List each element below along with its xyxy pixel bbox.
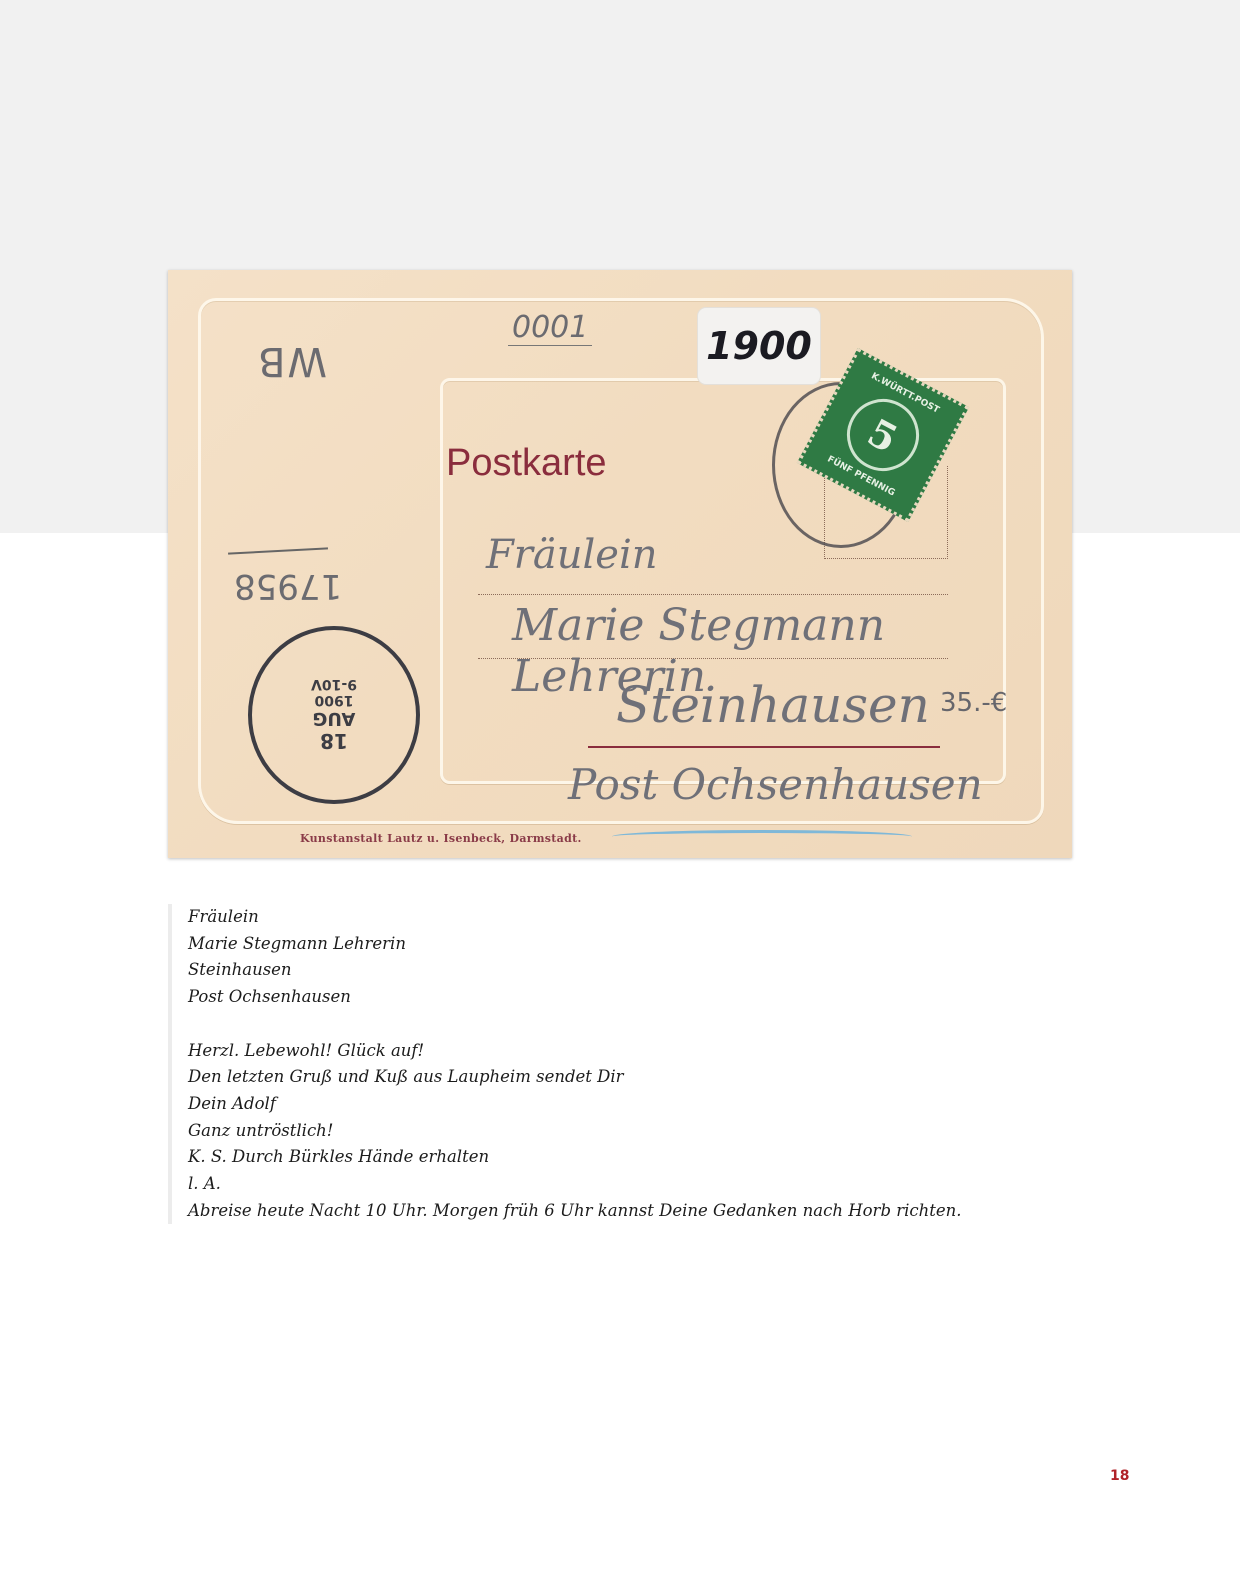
pencil-note-initials: WB xyxy=(256,338,327,384)
handwritten-town: Steinhausen xyxy=(616,676,930,734)
page-number: 18 xyxy=(1110,1468,1129,1484)
publisher-imprint: Kunstanstalt Lautz u. Isenbeck, Darmstad… xyxy=(300,832,582,845)
arrival-postmark-text: 18 AUG 1900 9-10V xyxy=(252,630,416,800)
stamp-value-numeral: 5 xyxy=(861,409,905,461)
pencil-inventory-number: 0001 xyxy=(508,310,592,346)
postmark-year: 1900 xyxy=(315,693,354,709)
transcript-message-line: l. A. xyxy=(188,1171,962,1198)
transcript-address-line: Fräulein xyxy=(188,904,962,931)
transcript-message-line: Ganz untröstlich! xyxy=(188,1118,962,1145)
transcript-address-line: Marie Stegmann Lehrerin xyxy=(188,931,962,958)
transcript-message-line: Den letzten Gruß und Kuß aus Laupheim se… xyxy=(188,1064,962,1091)
postcard-printed-title: Postkarte xyxy=(446,442,607,485)
blue-crayon-mark xyxy=(612,830,912,843)
transcript-message-line: Herzl. Lebewohl! Glück auf! xyxy=(188,1038,962,1065)
postcard-image: WB 0001 1900 Postkarte K.WÜRTT.POST 5 FÜ… xyxy=(168,270,1072,858)
address-red-underline xyxy=(588,746,940,748)
year-label-sticker: 1900 xyxy=(698,308,820,384)
postmark-month: AUG xyxy=(313,709,356,730)
transcript-address-line: Post Ochsenhausen xyxy=(188,984,962,1011)
transcript-message-line: Abreise heute Nacht 10 Uhr. Morgen früh … xyxy=(188,1198,962,1225)
transcript-message: Herzl. Lebewohl! Glück auf!Den letzten G… xyxy=(188,1038,962,1225)
transcription-block: FräuleinMarie Stegmann LehrerinSteinhaus… xyxy=(168,904,962,1224)
handwritten-salutation: Fräulein xyxy=(486,532,658,578)
handwritten-post-office: Post Ochsenhausen xyxy=(568,760,983,809)
transcript-spacer xyxy=(188,1011,962,1038)
pencil-reference-number: 17958 xyxy=(234,566,342,606)
transcript-message-line: Dein Adolf xyxy=(188,1091,962,1118)
year-label-text: 1900 xyxy=(706,324,812,368)
pencil-price: 35.-€ xyxy=(940,688,1007,718)
transcript-address: FräuleinMarie Stegmann LehrerinSteinhaus… xyxy=(188,904,962,1011)
postmark-time: 9-10V xyxy=(311,677,357,693)
transcript-address-line: Steinhausen xyxy=(188,957,962,984)
arrival-postmark: 18 AUG 1900 9-10V xyxy=(248,626,420,804)
address-line-1 xyxy=(478,594,948,595)
postmark-day: 18 xyxy=(320,730,348,754)
transcript-message-line: K. S. Durch Bürkles Hände erhalten xyxy=(188,1144,962,1171)
